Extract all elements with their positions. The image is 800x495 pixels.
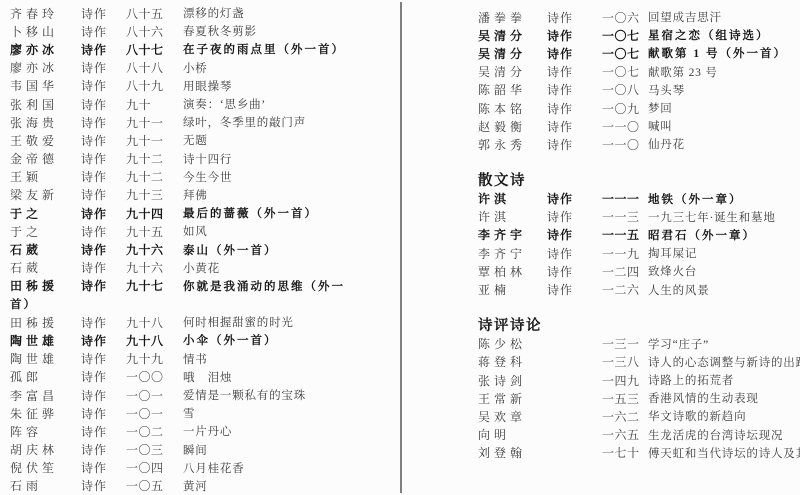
toc-entry: 吴欢章一六二华文诗歌的新趋向: [478, 407, 798, 425]
toc-entry: 胡庆林诗作一〇三瞬间: [10, 441, 398, 459]
entry-page-number: 一〇八: [602, 81, 648, 98]
entry-genre: 诗作: [81, 441, 126, 458]
entry-title: 绿叶，冬季里的敲门声: [183, 114, 398, 130]
entry-author: 金帝德: [10, 150, 81, 167]
entry-genre: 诗作: [547, 245, 602, 262]
toc-entry: 韦国华诗作八十九用眼操琴: [10, 77, 398, 95]
entry-page-number: 一〇四: [126, 459, 183, 476]
toc-entry: 陶世雄诗作九十八小伞（外一首）: [10, 331, 398, 349]
entry-title: 诗人的心态调整与新诗的出路: [648, 354, 800, 370]
entry-title: 地铁（外一章）: [648, 191, 798, 207]
entry-title: 致烽火台: [648, 263, 798, 279]
left-column: 齐春玲诗作八十五漂移的灯盏卜移山诗作八十六春夏秋冬剪影廖亦冰诗作八十七在子夜的雨…: [10, 4, 398, 495]
entry-title: 喊叫: [648, 118, 798, 134]
entry-page-number: 一〇六: [602, 9, 648, 26]
toc-entry: 石葳诗作九十六小黄花: [10, 259, 398, 277]
entry-title: 何时相握甜蜜的时光: [183, 314, 398, 330]
toc-entry: 石葳诗作九十六泰山（外一首）: [10, 240, 398, 258]
entry-author: 孤郎: [10, 368, 81, 385]
entry-title: 八月桂花香: [183, 460, 398, 476]
entry-author: 陶世雄: [10, 332, 81, 349]
entry-page-number: 一一九: [602, 245, 648, 262]
toc-entry: 许淇诗作一一三一九三七年·诞生和墓地: [478, 208, 798, 226]
entry-author: 石雨: [10, 477, 81, 494]
entry-title: 回望成吉思汗: [648, 9, 798, 25]
entry-title: 爱情是一颗私有的宝珠: [183, 387, 398, 403]
entry-genre: 诗作: [81, 241, 126, 258]
entry-page-number: 一二六: [602, 281, 648, 298]
entry-page-number: 九十八: [126, 314, 183, 331]
entry-genre: 诗作: [547, 281, 602, 298]
entry-title: 情书: [183, 351, 398, 367]
toc-entry: 王颖诗作九十二今生今世: [10, 168, 398, 186]
entry-genre: 诗作: [81, 150, 126, 167]
entry-page-number: 一〇一: [126, 405, 183, 422]
entry-genre: 诗作: [81, 332, 126, 349]
entry-title: 拜佛: [183, 187, 398, 203]
entry-author: 阵容: [10, 423, 81, 440]
entry-page-number: 九十八: [126, 332, 183, 349]
entry-title: 在子夜的雨点里（外一首）: [183, 41, 398, 57]
entry-author: 王敬爱: [10, 132, 81, 149]
entry-page-number: 九十六: [126, 241, 183, 258]
section-heading: 散文诗: [478, 170, 798, 190]
entry-page-number: 一〇〇: [126, 368, 183, 385]
entry-title: 马头琴: [648, 82, 798, 98]
entry-page-number: 九十: [126, 96, 183, 113]
entry-genre: 诗作: [547, 226, 602, 243]
toc-entry: 郭永秀诗作一一〇仙丹花: [478, 135, 798, 153]
entry-title: 生龙活虎的台湾诗坛现况: [648, 427, 798, 443]
entry-author: 潘拳拳: [478, 9, 547, 26]
entry-title: 泰山（外一首）: [183, 242, 398, 258]
toc-entry: 金帝德诗作九十二诗十四行: [10, 150, 398, 168]
entry-page-number: 一六五: [602, 426, 648, 443]
entry-page-number: 九十六: [126, 259, 183, 276]
entry-page-number: 一二四: [602, 263, 648, 280]
entry-title: 瞬间: [183, 442, 398, 458]
entry-genre: 诗作: [81, 368, 126, 385]
toc-entry: 王敬爱诗作九十一无题: [10, 131, 398, 149]
entry-genre: 诗作: [81, 405, 126, 422]
toc-entry: 于之诗作九十五如风: [10, 222, 398, 240]
entry-author: 向明: [478, 426, 547, 443]
section-heading: 诗评诗论: [478, 315, 798, 335]
toc-entry: 孤郎诗作一〇〇哦 泪烛: [10, 368, 398, 386]
entry-genre: 诗作: [81, 223, 126, 240]
entry-page-number: 一一〇: [602, 136, 648, 153]
toc-entry: 廖亦冰诗作八十八小桥: [10, 59, 398, 77]
entry-genre: 诗作: [81, 23, 126, 40]
entry-author: 张诗剑: [478, 372, 547, 389]
entry-genre: 诗作: [81, 5, 126, 22]
entry-author: 陈韶华: [478, 81, 547, 98]
entry-author: 陶世雄: [10, 350, 81, 367]
entry-genre: 诗作: [81, 423, 126, 440]
entry-genre: 诗作: [547, 208, 602, 225]
entry-title: 掏耳屎记: [648, 245, 798, 261]
entry-title: 人生的风景: [648, 282, 798, 298]
entry-page-number: 一五三: [602, 390, 648, 407]
entry-author: 廖亦冰: [10, 41, 81, 58]
entry-title: 仙丹花: [648, 136, 798, 152]
toc-entry: 李富昌诗作一〇一爱情是一颗私有的宝珠: [10, 386, 398, 404]
toc-entry: 张海贵诗作九十一绿叶，冬季里的敲门声: [10, 113, 398, 131]
entry-author: 卜移山: [10, 23, 81, 40]
entry-author: 石葳: [10, 241, 81, 258]
entry-page-number: 八十九: [126, 77, 183, 94]
entry-author: 李齐宁: [478, 245, 547, 262]
entry-page-number: 一七十: [602, 444, 648, 461]
entry-genre: 诗作: [81, 114, 126, 131]
entry-page-number: 八十六: [126, 23, 183, 40]
entry-title: 学习“庄子”: [648, 336, 798, 352]
entry-author: 张海贵: [10, 114, 81, 131]
entry-page-number: 一一〇: [602, 118, 648, 135]
entry-title-continuation: 首）: [10, 296, 398, 312]
section-heading-text: 诗评诗论: [478, 314, 542, 335]
entry-genre: 诗作: [81, 314, 126, 331]
section-heading-text: 散文诗: [478, 169, 526, 190]
entry-title: 漂移的灯盏: [183, 5, 398, 21]
entry-title: 如风: [183, 223, 398, 239]
toc-entry: 吴清分诗作一〇七星宿之恋（组诗选）: [478, 26, 798, 44]
toc-entry: 阵容诗作一〇二一片丹心: [10, 422, 398, 440]
entry-genre: 诗作: [81, 186, 126, 203]
entry-title: 诗十四行: [183, 151, 398, 167]
entry-page-number: 八十七: [126, 41, 183, 58]
entry-author: 吴清分: [478, 27, 547, 44]
toc-entry: 田秭援诗作九十七你就是我涌动的思维（外一: [10, 277, 398, 295]
entry-title: 诗路上的拓荒者: [648, 372, 798, 388]
entry-author: 亚楠: [478, 281, 547, 298]
entry-page-number: 九十一: [126, 114, 183, 131]
entry-page-number: 一三一: [602, 335, 648, 352]
entry-author: 覃柏林: [478, 263, 547, 280]
entry-title: 献歌第 23 号: [648, 64, 798, 80]
toc-entry: 李齐宇诗作一一五昭君石（外一章）: [478, 226, 798, 244]
entry-author: 陈本铭: [478, 100, 547, 117]
toc-entry: 梁友新诗作九十三拜佛: [10, 186, 398, 204]
toc-entry: 吴清分诗作一〇七献歌第 23 号: [478, 63, 798, 81]
entry-genre: 诗作: [81, 277, 126, 294]
entry-genre: 诗作: [81, 350, 126, 367]
entry-genre: 诗作: [547, 81, 602, 98]
entry-page-number: 一〇七: [602, 45, 648, 62]
entry-title: 无题: [183, 132, 398, 148]
entry-title: 一片丹心: [183, 423, 398, 439]
toc-entry: 陈韶华诗作一〇八马头琴: [478, 81, 798, 99]
entry-author: 朱征骅: [10, 405, 81, 422]
entry-genre: 诗作: [81, 77, 126, 94]
toc-entry: 亚楠诗作一二六人生的风景: [478, 280, 798, 298]
entry-genre: 诗作: [81, 132, 126, 149]
entry-page-number: 一一五: [602, 226, 648, 243]
entry-page-number: 九十一: [126, 132, 183, 149]
column-divider: [400, 2, 402, 493]
entry-title: 华文诗歌的新趋向: [648, 408, 798, 424]
entry-page-number: 一〇五: [126, 477, 183, 494]
entry-page-number: 八十八: [126, 59, 183, 76]
entry-page-number: 八十五: [126, 5, 183, 22]
toc-entry: 张诗剑一四九诗路上的拓荒者: [478, 371, 798, 389]
entry-page-number: 九十二: [126, 168, 183, 185]
entry-title: 香港风情的生动表现: [648, 390, 798, 406]
entry-author: 田秭援: [10, 314, 81, 331]
entry-genre: 诗作: [547, 118, 602, 135]
toc-entry: 陈少松一三一学习“庄子”: [478, 335, 798, 353]
entry-author: 田秭援: [10, 277, 81, 294]
entry-page-number: 一〇七: [602, 63, 648, 80]
entry-genre: 诗作: [547, 136, 602, 153]
entry-genre: 诗作: [547, 190, 602, 207]
entry-author: 蒋登科: [478, 353, 547, 370]
entry-author: 许淇: [478, 190, 547, 207]
entry-page-number: 九十二: [126, 150, 183, 167]
entry-author: 张利国: [10, 96, 81, 113]
entry-author: 李富昌: [10, 387, 81, 404]
entry-title: 梦回: [648, 100, 798, 116]
toc-entry: 倪伏笙诗作一〇四八月桂花香: [10, 459, 398, 477]
entry-author: 廖亦冰: [10, 59, 81, 76]
entry-page-number: 一〇一: [126, 387, 183, 404]
entry-author: 吴欢章: [478, 408, 547, 425]
entry-title: 黄河: [183, 478, 398, 494]
toc-entry: 潘拳拳诗作一〇六回望成吉思汗: [478, 8, 798, 26]
toc-entry: 向明一六五生龙活虎的台湾诗坛现况: [478, 426, 798, 444]
entry-page-number: 一四九: [602, 372, 648, 389]
entry-genre: 诗作: [547, 9, 602, 26]
entry-author: 李齐宇: [478, 226, 547, 243]
right-column: 潘拳拳诗作一〇六回望成吉思汗吴清分诗作一〇七星宿之恋（组诗选）吴清分诗作一〇七献…: [478, 8, 798, 462]
entry-author: 王常新: [478, 390, 547, 407]
entry-title: 演奏：‘思乡曲’: [183, 96, 398, 112]
toc-entry: 田秭援诗作九十八何时相握甜蜜的时光: [10, 313, 398, 331]
entry-genre: 诗作: [81, 477, 126, 494]
entry-author: 吴清分: [478, 45, 547, 62]
entry-author: 于之: [10, 205, 81, 222]
entry-genre: 诗作: [81, 59, 126, 76]
toc-entry: 陈本铭诗作一〇九梦回: [478, 99, 798, 117]
entry-title: 小黄花: [183, 260, 398, 276]
toc-entry: 赵毅衡诗作一一〇喊叫: [478, 117, 798, 135]
entry-author: 许淇: [478, 208, 547, 225]
entry-page-number: 一一三: [602, 208, 648, 225]
toc-entry: 覃柏林诗作一二四致烽火台: [478, 262, 798, 280]
entry-title: 今生今世: [183, 169, 398, 185]
entry-author: 胡庆林: [10, 441, 81, 458]
entry-genre: 诗作: [547, 27, 602, 44]
entry-title: 最后的蔷薇（外一首）: [183, 205, 398, 221]
entry-author: 陈少松: [478, 335, 547, 352]
entry-genre: 诗作: [81, 205, 126, 222]
entry-genre: 诗作: [547, 45, 602, 62]
entry-title: 昭君石（外一章）: [648, 227, 798, 243]
toc-entry: 卜移山诗作八十六春夏秋冬剪影: [10, 22, 398, 40]
entry-page-number: 一〇七: [602, 27, 648, 44]
entry-page-number: 一一一: [602, 190, 648, 207]
entry-author: 倪伏笙: [10, 459, 81, 476]
entry-page-number: 一〇三: [126, 441, 183, 458]
entry-title: 你就是我涌动的思维（外一: [183, 278, 398, 294]
entry-title: 哦 泪烛: [183, 369, 398, 385]
entry-genre: 诗作: [81, 96, 126, 113]
entry-page-number: 一六二: [602, 408, 648, 425]
entry-page-number: 九十三: [126, 186, 183, 203]
entry-genre: 诗作: [81, 168, 126, 185]
toc-entry: 刘登翰一七十傅天虹和当代诗坛的诗人及其他: [478, 444, 798, 462]
entry-page-number: 九十九: [126, 350, 183, 367]
entry-title: 雪: [183, 405, 398, 421]
entry-title: 小桥: [183, 60, 398, 76]
toc-entry: 朱征骅诗作一〇一雪: [10, 404, 398, 422]
entry-page-number: 九十四: [126, 205, 183, 222]
toc-entry: 许淇诗作一一一地铁（外一章）: [478, 190, 798, 208]
entry-title: 一九三七年·诞生和墓地: [648, 209, 798, 225]
entry-title: 傅天虹和当代诗坛的诗人及其他: [648, 445, 800, 461]
entry-genre: 诗作: [81, 259, 126, 276]
entry-author: 赵毅衡: [478, 118, 547, 135]
toc-entry: 廖亦冰诗作八十七在子夜的雨点里（外一首）: [10, 40, 398, 58]
entry-author: 王颖: [10, 168, 81, 185]
entry-genre: 诗作: [547, 100, 602, 117]
entry-author: 韦国华: [10, 77, 81, 94]
toc-entry: 石雨诗作一〇五黄河: [10, 477, 398, 495]
toc-entry: 陶世雄诗作九十九情书: [10, 350, 398, 368]
entry-author: 石葳: [10, 259, 81, 276]
entry-genre: 诗作: [547, 63, 602, 80]
entry-author: 于之: [10, 223, 81, 240]
entry-page-number: 一〇二: [126, 423, 183, 440]
entry-page-number: 一〇九: [602, 100, 648, 117]
entry-genre: 诗作: [81, 459, 126, 476]
entry-genre: 诗作: [81, 387, 126, 404]
entry-author: 刘登翰: [478, 444, 547, 461]
toc-page: 齐春玲诗作八十五漂移的灯盏卜移山诗作八十六春夏秋冬剪影廖亦冰诗作八十七在子夜的雨…: [0, 0, 800, 495]
toc-entry: 李齐宁诗作一一九掏耳屎记: [478, 244, 798, 262]
toc-entry: 张利国诗作九十演奏：‘思乡曲’: [10, 95, 398, 113]
toc-entry: 吴清分诗作一〇七献歌第 1 号（外一首）: [478, 44, 798, 62]
entry-page-number: 九十七: [126, 277, 183, 294]
entry-page-number: 一三八: [602, 353, 648, 370]
entry-page-number: 九十五: [126, 223, 183, 240]
toc-entry: 齐春玲诗作八十五漂移的灯盏: [10, 4, 398, 22]
entry-author: 郭永秀: [478, 136, 547, 153]
entry-title: 春夏秋冬剪影: [183, 23, 398, 39]
entry-author: 吴清分: [478, 63, 547, 80]
entry-title: 用眼操琴: [183, 78, 398, 94]
entry-author: 齐春玲: [10, 5, 81, 22]
toc-entry-continuation: 首）: [10, 295, 398, 313]
entry-author: 梁友新: [10, 186, 81, 203]
entry-genre: 诗作: [81, 41, 126, 58]
entry-title: 小伞（外一首）: [183, 332, 398, 348]
toc-entry: 蒋登科一三八诗人的心态调整与新诗的出路: [478, 353, 798, 371]
entry-title: 星宿之恋（组诗选）: [648, 27, 798, 43]
toc-entry: 于之诗作九十四最后的蔷薇（外一首）: [10, 204, 398, 222]
toc-entry: 王常新一五三香港风情的生动表现: [478, 389, 798, 407]
entry-genre: 诗作: [547, 263, 602, 280]
entry-title: 献歌第 1 号（外一首）: [648, 45, 798, 61]
